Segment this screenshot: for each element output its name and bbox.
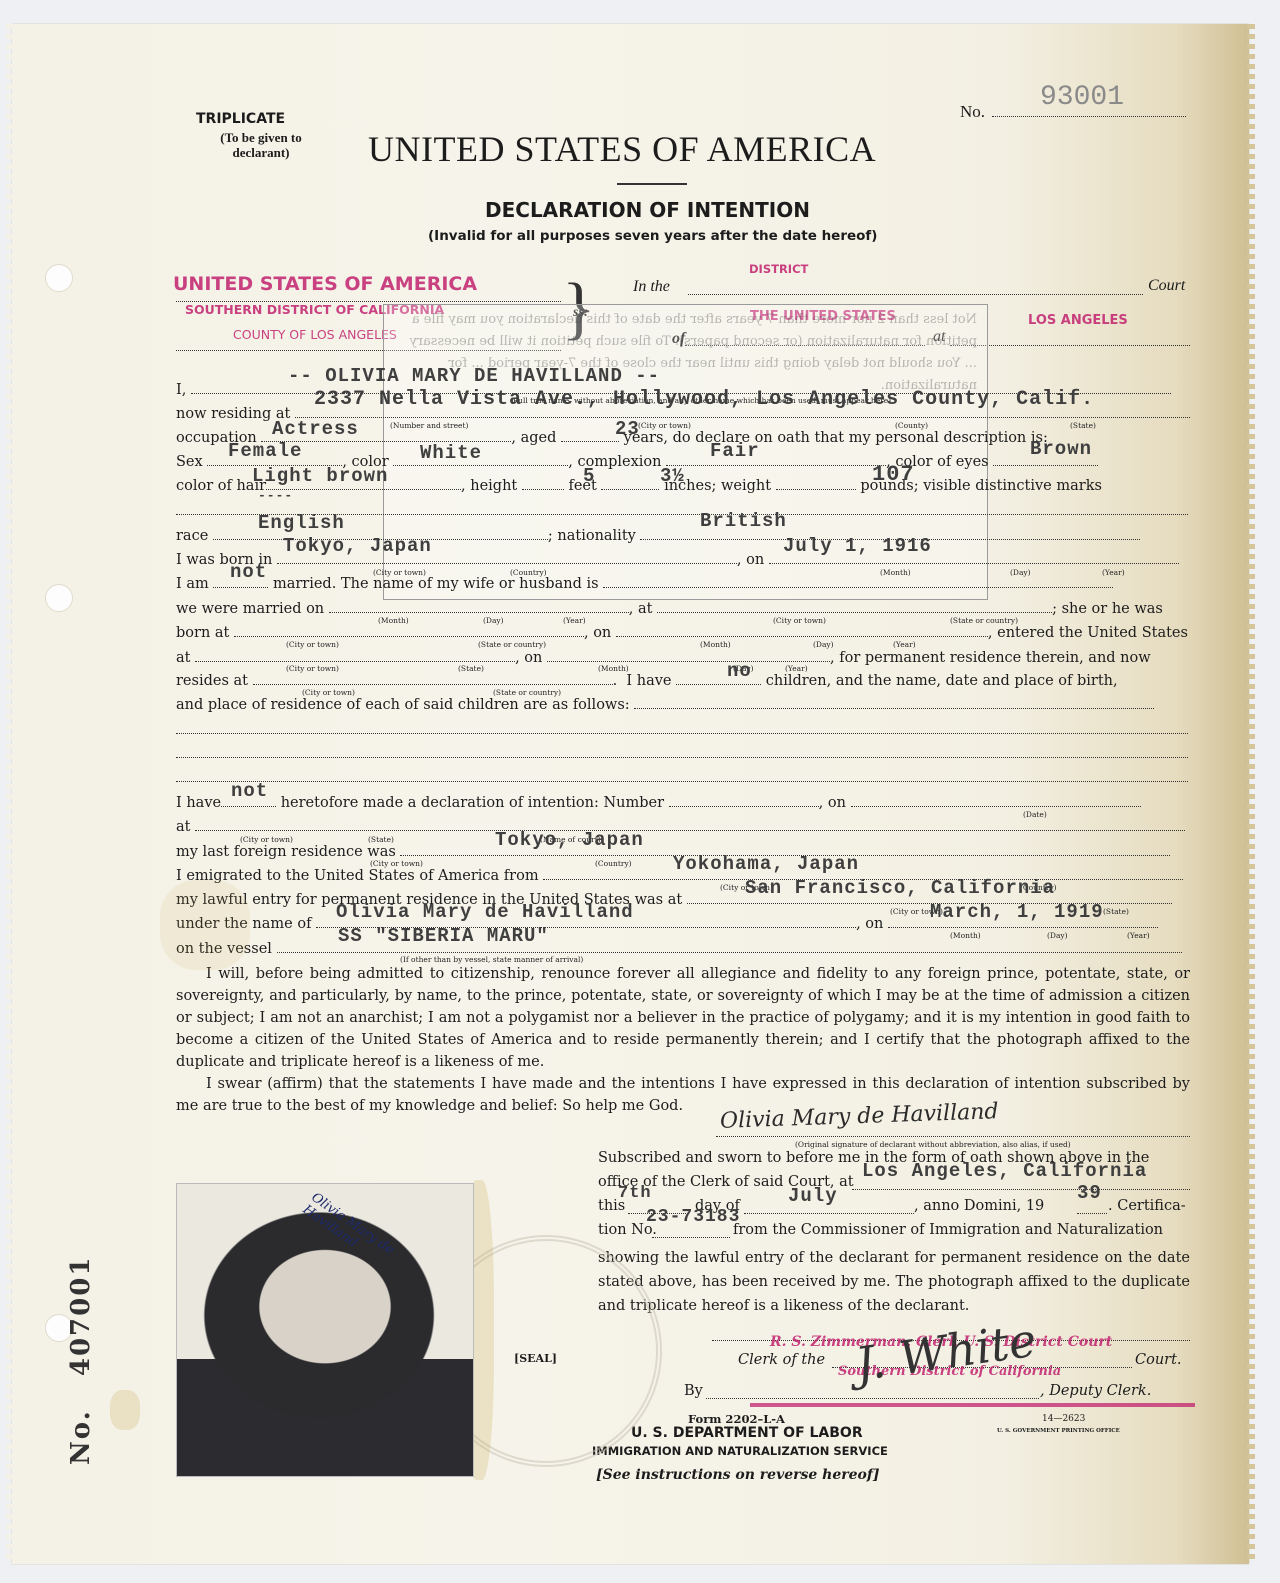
entry-name: Olivia Mary de Havilland xyxy=(336,901,634,923)
eye-color: Brown xyxy=(1030,438,1092,460)
copy-label: TRIPLICATE xyxy=(196,111,285,127)
jurat-day: 7th xyxy=(618,1184,652,1203)
height-inches: 3½ xyxy=(660,465,685,487)
last-foreign-residence: Tokyo, Japan xyxy=(495,829,644,851)
race: English xyxy=(258,512,345,534)
court-type-stamp: DISTRICT xyxy=(749,262,808,276)
side-number: No. 407001 xyxy=(66,1256,96,1465)
prior-declaration: not xyxy=(231,780,268,802)
emigrated-from: Yokohama, Japan xyxy=(673,853,859,875)
hair-color: Light brown xyxy=(252,465,388,487)
instructions-note: [See instructions on reverse hereof] xyxy=(596,1467,880,1483)
vessel: SS "SIBERIA MARU" xyxy=(338,925,549,947)
declarant-name: -- OLIVIA MARY DE HAVILLAND -- xyxy=(288,365,660,387)
children-count: no xyxy=(727,660,752,682)
occupation: Actress xyxy=(272,418,359,440)
address: 2337 Nella Vista Ave., Hollywood, Los An… xyxy=(314,388,1094,411)
nationality: British xyxy=(700,510,787,532)
service: IMMIGRATION AND NATURALIZATION SERVICE xyxy=(592,1444,888,1458)
form-number: 93001 xyxy=(1040,82,1124,113)
number-label: No. xyxy=(960,102,985,122)
entry-date: March, 1, 1919 xyxy=(930,901,1104,923)
certification-number: 23-73183 xyxy=(646,1207,740,1227)
court-label: Court xyxy=(1148,277,1185,295)
in-the-label: In the xyxy=(633,278,670,296)
at-stamp: LOS ANGELES xyxy=(1028,313,1128,328)
birth-date: July 1, 1916 xyxy=(783,535,932,557)
country-title: UNITED STATES OF AMERICA xyxy=(368,128,876,170)
department: U. S. DEPARTMENT OF LABOR xyxy=(631,1425,863,1441)
copy-note: (To be given to declarant) xyxy=(196,130,326,160)
deputy-stamp-line xyxy=(750,1403,1195,1407)
distinctive-marks: ---- xyxy=(258,488,293,503)
divider xyxy=(617,183,687,185)
doc-subtitle: (Invalid for all purposes seven years af… xyxy=(428,228,877,244)
punch-hole xyxy=(45,584,73,612)
jurat-month: July xyxy=(788,1185,838,1207)
renunciation-paragraph: I will, before being admitted to citizen… xyxy=(176,963,1190,1073)
declarant-photo: Olivia Mary de Havilland xyxy=(176,1183,474,1477)
jurat-place: Los Angeles, California xyxy=(862,1160,1147,1182)
doc-title: DECLARATION OF INTENTION xyxy=(485,198,810,222)
complexion: Fair xyxy=(710,440,760,462)
weight: 107 xyxy=(872,462,915,487)
punch-hole xyxy=(45,264,73,292)
oath-paragraph: I swear (affirm) that the statements I h… xyxy=(176,1073,1190,1117)
height-feet: 5 xyxy=(583,465,595,487)
birthplace: Tokyo, Japan xyxy=(283,535,432,557)
entry-place: San Francisco, California xyxy=(745,877,1055,899)
age: 23 xyxy=(615,418,640,440)
marital-status: not xyxy=(230,561,267,583)
sex: Female xyxy=(228,440,302,462)
jurat-year: 39 xyxy=(1077,1182,1102,1204)
color: White xyxy=(420,442,482,464)
